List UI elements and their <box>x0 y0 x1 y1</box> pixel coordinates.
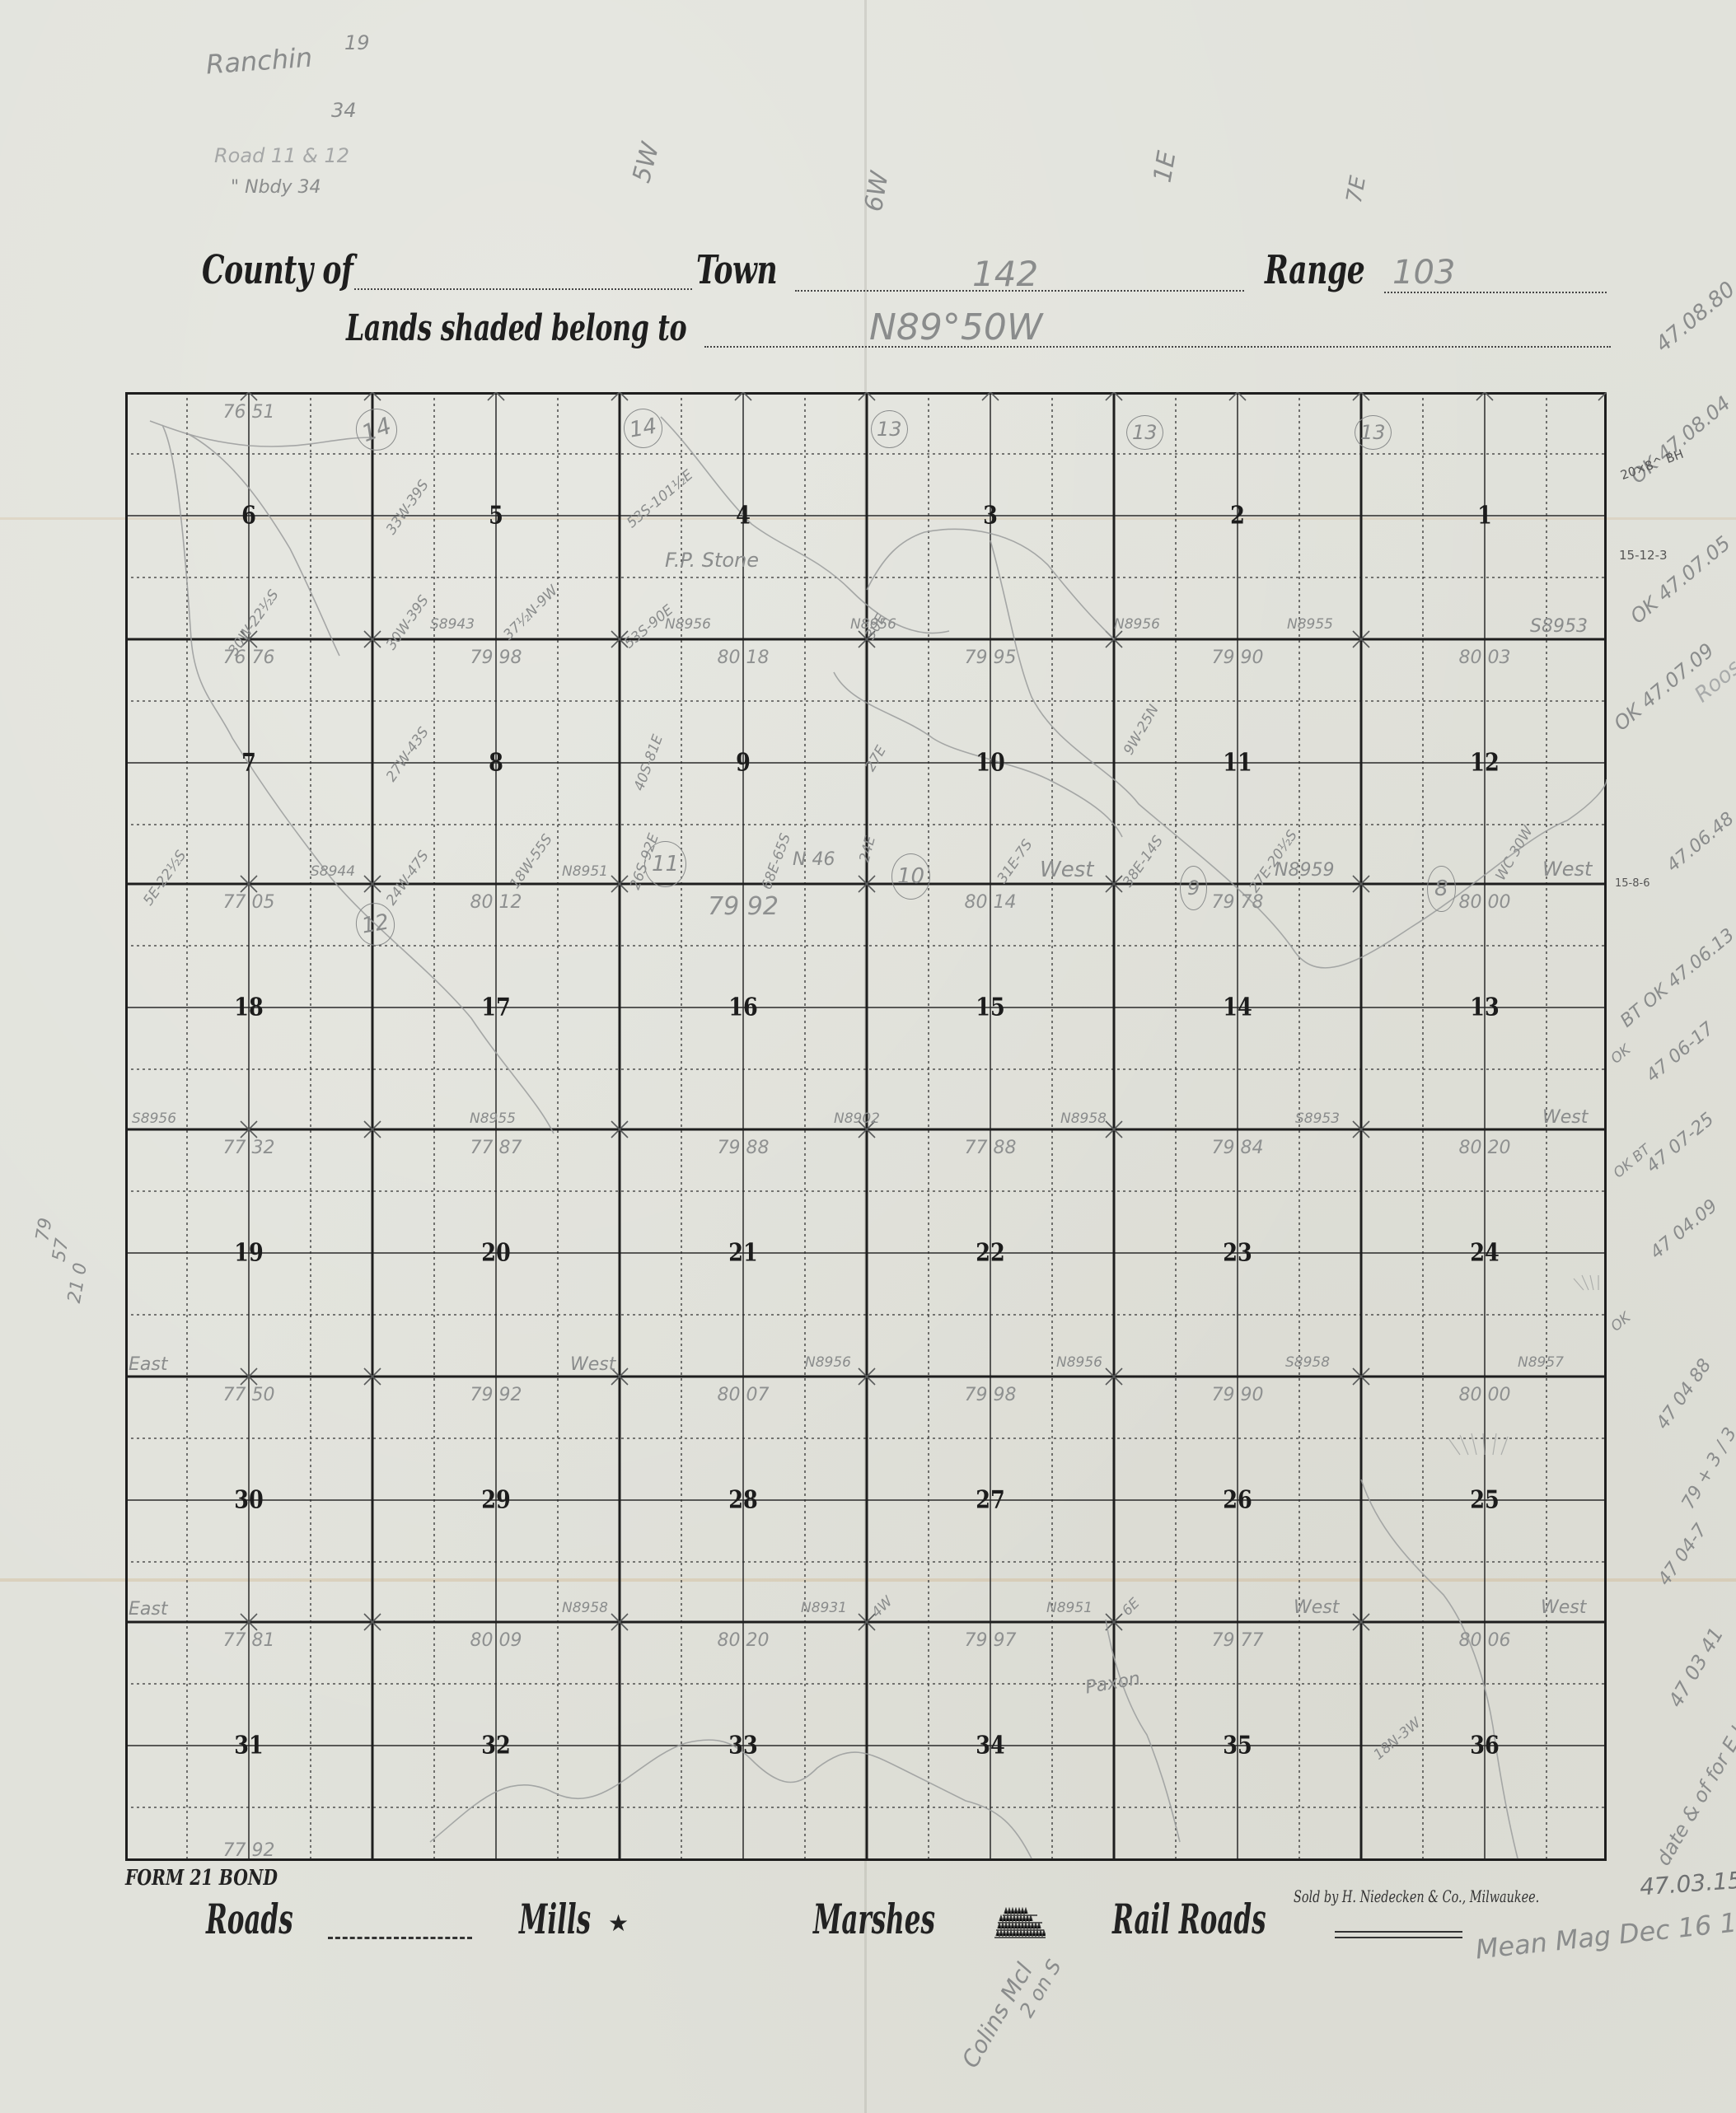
bearing: S8956 <box>132 1110 176 1127</box>
distance-value: 80 18 <box>718 647 770 668</box>
bearing: N8958 <box>562 1600 608 1616</box>
section-31: 31 <box>234 1732 263 1760</box>
distance-value: 80 07 <box>718 1385 770 1405</box>
bearing: N8902 <box>834 1110 880 1127</box>
section-13: 13 <box>1470 993 1499 1022</box>
section-2: 2 <box>1230 502 1245 531</box>
distance-value: 80 12 <box>470 892 522 913</box>
section-33: 33 <box>728 1732 757 1760</box>
section-8: 8 <box>489 749 503 778</box>
form-label: FORM 21 BOND <box>125 1866 278 1891</box>
distance-value: 77 50 <box>223 1385 275 1405</box>
range-value: 103 <box>1392 254 1455 292</box>
section-34: 34 <box>976 1732 1004 1760</box>
rancher-num-1: 19 <box>344 31 370 54</box>
circled-number: 13 <box>1126 415 1163 450</box>
section-29: 29 <box>481 1486 510 1515</box>
town-label: Town <box>696 247 777 293</box>
railroads-legend-label: Rail Roads <box>1112 1895 1266 1943</box>
distance-value: 79 78 <box>1212 892 1264 913</box>
rancher-num-2: 34 <box>331 99 357 122</box>
bearing: West <box>1541 1597 1586 1618</box>
section-36: 36 <box>1470 1732 1499 1760</box>
section-20: 20 <box>481 1239 510 1268</box>
section-4: 4 <box>736 502 751 531</box>
township-grid: 6 5 4 3 2 1 7 8 9 10 11 12 18 17 16 15 1… <box>125 392 1607 1861</box>
section-7: 7 <box>241 749 256 778</box>
circled-number: 8 <box>1427 866 1456 912</box>
bearing: N8958 <box>1060 1110 1107 1127</box>
distance-value: 80 14 <box>965 892 1017 913</box>
section-11: 11 <box>1223 749 1252 778</box>
section-21: 21 <box>728 1239 757 1268</box>
bearing: East <box>129 1599 167 1620</box>
bearing: N8951 <box>1046 1600 1093 1616</box>
distance-value: 80 20 <box>718 1630 770 1651</box>
section-10: 10 <box>976 749 1004 778</box>
town-value: 142 <box>972 254 1038 294</box>
circled-number: 10 <box>891 853 930 900</box>
distance-value: 77 05 <box>223 892 275 913</box>
distance-value: 79 90 <box>1212 647 1264 668</box>
section-32: 32 <box>481 1732 510 1760</box>
section-3: 3 <box>983 502 998 531</box>
bearing: S8958 <box>1285 1354 1330 1371</box>
bearing: N8957 <box>1518 1354 1564 1371</box>
distance-value: 80 03 <box>1459 647 1511 668</box>
distance-value: 79 84 <box>1212 1138 1264 1158</box>
section-6: 6 <box>241 502 256 531</box>
mill-star-icon: ★ <box>608 1910 629 1937</box>
distance-value: 79 77 <box>1212 1630 1264 1651</box>
circled-number: 13 <box>871 410 908 448</box>
publisher-credit: Sold by H. Niedecken & Co., Milwaukee. <box>1294 1886 1539 1906</box>
distance-value: 76 51 <box>223 402 275 423</box>
lands-shaded-value: N89°50W <box>869 306 1042 348</box>
marshes-legend-label: Marshes <box>813 1895 935 1943</box>
section-16: 16 <box>728 993 757 1022</box>
bearing: S8953 <box>1530 616 1588 637</box>
section-18: 18 <box>234 993 263 1022</box>
section-23: 23 <box>1223 1239 1252 1268</box>
section-17: 17 <box>481 993 510 1022</box>
bearing: West <box>570 1354 615 1375</box>
distance-value: 80 00 <box>1459 1385 1511 1405</box>
section-27: 27 <box>976 1486 1004 1515</box>
marsh-icon <box>994 1907 1046 1942</box>
bearing: East <box>129 1354 167 1375</box>
section-24: 24 <box>1470 1239 1499 1268</box>
section-35: 35 <box>1223 1732 1252 1760</box>
bearing: N8956 <box>805 1354 851 1371</box>
annotation-fp-stone: F.P. Stone <box>665 549 759 572</box>
bearing: N8955 <box>1287 616 1333 633</box>
distance-value: 77 88 <box>965 1138 1017 1158</box>
road-note: Road 11 & 12 <box>214 144 349 167</box>
distance-value: 79 95 <box>965 647 1017 668</box>
county-field[interactable] <box>354 288 692 290</box>
roads-legend-symbol <box>328 1937 472 1939</box>
bearing: N8956 <box>665 616 711 633</box>
section-19: 19 <box>234 1239 263 1268</box>
right-note: 15-12-3 <box>1619 548 1668 563</box>
section-9: 9 <box>736 749 751 778</box>
range-mark-1e: 1E <box>1148 149 1182 185</box>
mills-legend-label: Mills <box>519 1895 591 1943</box>
section-14: 14 <box>1223 993 1252 1022</box>
lands-shaded-field[interactable] <box>704 346 1611 348</box>
bearing: N8955 <box>470 1110 516 1127</box>
section-22: 22 <box>976 1239 1004 1268</box>
nbdy-note: " Nbdy 34 <box>231 177 321 198</box>
range-mark-7e: 7E <box>1342 174 1371 205</box>
bearing: West <box>1294 1597 1339 1618</box>
distance-value: 77 87 <box>470 1138 522 1158</box>
bearing: West <box>1542 858 1592 881</box>
section-26: 26 <box>1223 1486 1252 1515</box>
left-note: 57 <box>49 1237 73 1264</box>
railroad-legend-symbol <box>1335 1931 1462 1938</box>
circled-number: 9 <box>1180 866 1207 910</box>
section-25: 25 <box>1470 1486 1499 1515</box>
right-note: 15-8-6 <box>1615 877 1649 890</box>
bearing: N 46 <box>793 849 835 870</box>
range-field[interactable] <box>1384 292 1607 293</box>
distance-value: 79 97 <box>965 1630 1017 1651</box>
bearing: West <box>1040 858 1093 882</box>
distance-value: 80 09 <box>470 1630 522 1651</box>
distance-value: 77 81 <box>223 1630 275 1651</box>
bearing: N8956 <box>1114 616 1160 633</box>
bearing: N8951 <box>562 863 608 880</box>
distance-value: 80 20 <box>1459 1138 1511 1158</box>
distance-value: 79 90 <box>1212 1385 1264 1405</box>
distance-value: 79 92 <box>470 1385 522 1405</box>
bearing: N8931 <box>801 1600 847 1616</box>
bearing: S8944 <box>311 863 355 880</box>
distance-value: 77 92 <box>223 1840 275 1861</box>
distance-value: 79 92 <box>708 892 779 921</box>
distance-value: 80 00 <box>1459 892 1511 913</box>
bearing: N8959 <box>1275 860 1334 881</box>
bearing: S8953 <box>1295 1110 1340 1127</box>
distance-value: 79 88 <box>718 1138 770 1158</box>
section-15: 15 <box>976 993 1004 1022</box>
bearing: West <box>1542 1107 1588 1128</box>
section-28: 28 <box>728 1486 757 1515</box>
lands-shaded-label: Lands shaded belong to <box>346 307 686 349</box>
section-1: 1 <box>1477 502 1492 531</box>
distance-value: 77 32 <box>223 1138 275 1158</box>
section-5: 5 <box>489 502 503 531</box>
circled-number: 13 <box>1355 415 1392 450</box>
distance-value: 80 06 <box>1459 1630 1511 1651</box>
distance-value: 79 98 <box>470 647 522 668</box>
county-label: County of <box>202 247 353 293</box>
bearing: S8943 <box>430 616 475 633</box>
bearing: N8956 <box>1056 1354 1102 1371</box>
section-30: 30 <box>234 1486 263 1515</box>
roads-legend-label: Roads <box>206 1895 293 1943</box>
distance-value: 79 98 <box>965 1385 1017 1405</box>
section-12: 12 <box>1470 749 1499 778</box>
range-label: Range <box>1265 247 1364 293</box>
